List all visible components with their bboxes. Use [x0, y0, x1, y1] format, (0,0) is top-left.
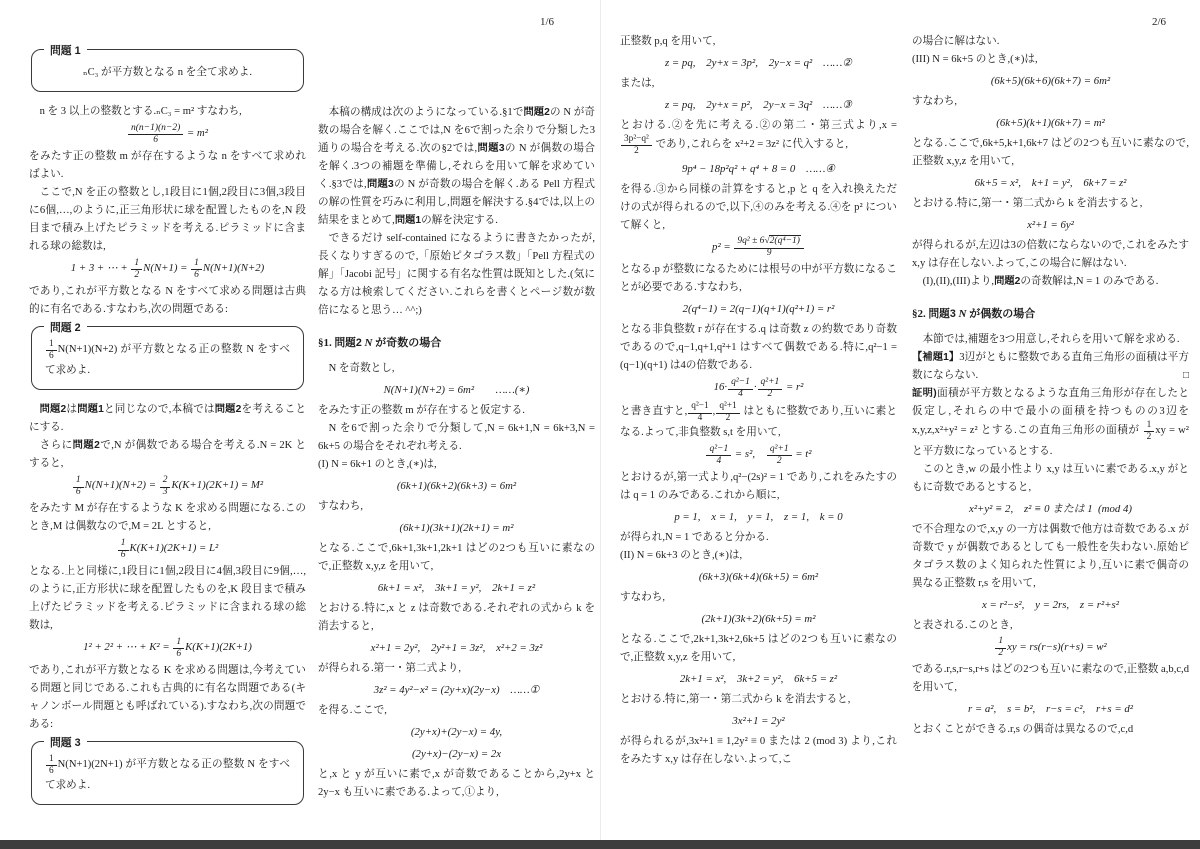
display-math: 1 + 3 + ⋯ + 12N(N+1) = 16N(N+1)(N+2)	[29, 258, 306, 281]
problem-box-body: ₙC₃ が平方数となる n を全て求めよ.	[45, 63, 290, 82]
paragraph: であり,これが平方数となる N をすべて求める問題は古典的に有名である.すなわち…	[29, 283, 306, 319]
display-math: 6k+5 = x², k+1 = y², 6k+7 = z²	[912, 173, 1189, 193]
paragraph: と,x と y が互いに素で,x が奇数であることから,2y+x と 2y−x …	[318, 766, 595, 802]
section-heading: §1. 問題2 N が奇数の場合	[318, 334, 595, 352]
paragraph: 証明)面積が平方数となるような直角三角形が存在したと仮定し,それらの中で最小の面…	[912, 385, 1189, 461]
problem-box: 問題 1ₙC₃ が平方数となる n を全て求めよ.	[31, 49, 304, 92]
display-math: (2y+x)+(2y−x) = 4y,	[318, 722, 595, 742]
display-math: (6k+1)(6k+2)(6k+3) = 6m²	[318, 476, 595, 496]
display-math: (6k+1)(3k+1)(2k+1) = m²	[318, 518, 595, 538]
paragraph: となる.ここで,6k+5,k+1,6k+7 はどの2つも互いに素なので,正整数 …	[912, 135, 1189, 171]
paragraph: とおくことができる.r,s の偶奇は異なるので,c,d	[912, 721, 1189, 739]
paragraph: すなわち,	[620, 589, 897, 607]
problem-box-body: 16N(N+1)(2N+1) が平方数となる正の整数 N をすべて求めよ.	[45, 755, 290, 796]
qed-box: □	[1183, 367, 1189, 385]
display-math: 3x²+1 = 2y²	[620, 711, 897, 731]
problem-box-body: 16N(N+1)(N+2) が平方数となる正の整数 N をすべて求めよ.	[45, 340, 290, 381]
paragraph: となる非負整数 r が存在する.q は奇数 z の約数であり奇数であるので,q−…	[620, 321, 897, 375]
display-math: 2k+1 = x², 3k+2 = y², 6k+5 = z²	[620, 669, 897, 689]
problem-box-title: 問題 3	[44, 734, 87, 752]
paragraph: が得られるが,左辺は3の倍数にならないので,これをみたす x,y は存在しない.…	[912, 237, 1189, 273]
paragraph: で不合理なので,x,y の一方は偶数で他方は奇数である.x が奇数で y が偶数…	[912, 521, 1189, 593]
page1-column-1: 問題 1ₙC₃ が平方数となる n を全て求めよ.n を 3 以上の整数とする.…	[29, 0, 306, 816]
paragraph: が得られる.第一・第二式より,	[318, 660, 595, 678]
paragraph: とおけるが,第一式より,q²−(2s)² = 1 であり,これをみたすのは q …	[620, 469, 897, 505]
display-math: r = a², s = b², r−s = c², r+s = d²	[912, 699, 1189, 719]
display-math: p² = 9q² ± 6√2(q⁴−1)9	[620, 237, 897, 260]
paragraph: を得る.ここで,	[318, 702, 595, 720]
display-math: 6k+1 = x², 3k+1 = y², 2k+1 = z²	[318, 578, 595, 598]
paragraph: となる.ここで,2k+1,3k+2,6k+5 はどの2つも互いに素なので,正整数…	[620, 631, 897, 667]
paragraph: と表される.このとき,	[912, 617, 1189, 635]
paragraph: このとき,w の最小性より x,y は互いに素である.x,y がともに奇数である…	[912, 461, 1189, 497]
paragraph: 本節では,補題を3つ用意し,それらを用いて解を求める.	[912, 331, 1189, 349]
display-math: 16·q²−14·q²+12 = r²	[620, 377, 897, 400]
display-math: 2(q⁴−1) = 2(q−1)(q+1)(q²+1) = r²	[620, 299, 897, 319]
page2-columns: 正整数 p,q を用いて,z = pq, 2y+x = 3p², 2y−x = …	[620, 0, 1189, 769]
bottom-bar	[0, 840, 1200, 849]
display-math: (2y+x)−(2y−x) = 2x	[318, 744, 595, 764]
section-heading: §2. 問題3 N が偶数の場合	[912, 305, 1189, 323]
paragraph: n を 3 以上の整数とする.ₙC₃ = m² すなわち,	[29, 103, 306, 121]
paragraph: であり,これが平方数となる K を求める問題は,今考えている問題と同じである.こ…	[29, 662, 306, 734]
display-math: z = pq, 2y+x = 3p², 2y−x = q² ……②	[620, 53, 897, 73]
problem-box: 問題 316N(N+1)(2N+1) が平方数となる正の整数 N をすべて求めよ…	[31, 741, 304, 806]
display-math: x = r²−s², y = 2rs, z = r²+s²	[912, 595, 1189, 615]
paragraph: をみたす M が存在するような K を求める問題になる.このとき,M は偶数なの…	[29, 500, 306, 536]
display-math: 9p⁴ − 18p²q² + q⁴ + 8 = 0 ……④	[620, 159, 897, 179]
paragraph: または,	[620, 75, 897, 93]
paragraph: をみたす正の整数 m が存在すると仮定する.	[318, 402, 595, 420]
display-math: 12xy = rs(r−s)(r+s) = w²	[912, 637, 1189, 660]
display-math: p = 1, x = 1, y = 1, z = 1, k = 0	[620, 507, 897, 527]
display-math: (2k+1)(3k+2)(6k+5) = m²	[620, 609, 897, 629]
paragraph: をみたす正の整数 m が存在するような n をすべて求めればよい.	[29, 148, 306, 184]
document-spread: 1/6 問題 1ₙC₃ が平方数となる n を全て求めよ.n を 3 以上の整数…	[0, 0, 1200, 840]
paragraph: (I),(II),(III)より,問題2の奇数解は,N = 1 のみである.	[912, 273, 1189, 291]
paragraph: N を奇数とし,	[318, 360, 595, 378]
display-math: 16N(N+1)(N+2) = 23K(K+1)(2K+1) = M²	[29, 475, 306, 498]
display-math: 1² + 2² + ⋯ + K² = 16K(K+1)(2K+1)	[29, 637, 306, 660]
display-math: 16K(K+1)(2K+1) = L²	[29, 538, 306, 561]
paragraph: すなわち,	[912, 93, 1189, 111]
paragraph: となる.ここで,6k+1,3k+1,2k+1 はどの2つも互いに素なので,正整数…	[318, 540, 595, 576]
paragraph: の場合に解はない.	[912, 33, 1189, 51]
display-math: n(n−1)(n−2)6 = m²	[29, 123, 306, 146]
display-math: N(N+1)(N+2) = 6m² ……(∗)	[318, 380, 595, 400]
display-math: 3z² = 4y²−x² = (2y+x)(2y−x) ……①	[318, 680, 595, 700]
paragraph: すなわち,	[318, 498, 595, 516]
paragraph: が得られ,N = 1 であると分かる.	[620, 529, 897, 547]
paragraph: さらに問題2で,N が偶数である場合を考える.N = 2K とすると,	[29, 437, 306, 473]
display-math: (6k+5)(k+1)(6k+7) = m²	[912, 113, 1189, 133]
page1-column-2: 本稿の構成は次のようになっている.§1で問題2の N が奇数の場合を解く.ここで…	[318, 0, 595, 816]
paragraph: できるだけ self-contained になるように書きたかったが,長くなりす…	[318, 230, 595, 320]
paragraph: を得る.③から同様の計算をすると,p と q を入れ換えただけの式が得られるので…	[620, 181, 897, 235]
paragraph: 【補題1】3辺がともに整数である直角三角形の面積は平方数にならない.□	[912, 349, 1189, 385]
paragraph: (III) N = 6k+5 のとき,(∗)は,	[912, 51, 1189, 69]
paragraph: (II) N = 6k+3 のとき,(∗)は,	[620, 547, 897, 565]
paragraph: と書き直すと,q²−14,q²+12 はともに整数であり,互いに素となる.よって…	[620, 402, 897, 442]
display-math: x²+y² ≡ 2, z² ≡ 0 または 1 (mod 4)	[912, 499, 1189, 519]
display-math: z = pq, 2y+x = p², 2y−x = 3q² ……③	[620, 95, 897, 115]
page2-column-2: の場合に解はない.(III) N = 6k+5 のとき,(∗)は,(6k+5)(…	[912, 0, 1189, 769]
display-math: (6k+3)(6k+4)(6k+5) = 6m²	[620, 567, 897, 587]
paragraph: (I) N = 6k+1 のとき,(∗)は,	[318, 456, 595, 474]
problem-box-title: 問題 2	[44, 319, 87, 337]
display-math: x²+1 = 6y²	[912, 215, 1189, 235]
paragraph: である.r,s,r−s,r+s はどの2つも互いに素なので,正整数 a,b,c,…	[912, 661, 1189, 697]
paragraph: となる.p が整数になるためには根号の中が平方数になることが必要である.すなわち…	[620, 261, 897, 297]
display-math: x²+1 = 2y², 2y²+1 = 3z², x²+2 = 3z²	[318, 638, 595, 658]
paragraph: となる.上と同様に,1段目に1個,2段目に4個,3段目に9個,…,のように,正方…	[29, 563, 306, 635]
page-2: 2/6 正整数 p,q を用いて,z = pq, 2y+x = 3p², 2y−…	[600, 0, 1200, 840]
paragraph: 正整数 p,q を用いて,	[620, 33, 897, 51]
problem-box-title: 問題 1	[44, 42, 87, 60]
display-math: q²−14 = s², q²+12 = t²	[620, 444, 897, 467]
paragraph: が得られるが,3x²+1 ≡ 1,2y² ≡ 0 または 2 (mod 3) よ…	[620, 733, 897, 769]
display-math: (6k+5)(6k+6)(6k+7) = 6m²	[912, 71, 1189, 91]
page2-column-1: 正整数 p,q を用いて,z = pq, 2y+x = 3p², 2y−x = …	[620, 0, 897, 769]
problem-box: 問題 216N(N+1)(N+2) が平方数となる正の整数 N をすべて求めよ.	[31, 326, 304, 391]
paragraph: 問題2は問題1と同じなので,本稿では問題2を考えることにする.	[29, 401, 306, 437]
paragraph: とおける.特に,第一・第二式から k を消去すると,	[912, 195, 1189, 213]
paragraph: とおける.②を先に考える.②の第二・第三式より,x = 3p²−q²2 であり,…	[620, 117, 897, 157]
paragraph: ここで,N を正の整数とし,1段目に1個,2段目に3個,3段目に6個,…,のよう…	[29, 184, 306, 256]
page-1: 1/6 問題 1ₙC₃ が平方数となる n を全て求めよ.n を 3 以上の整数…	[0, 0, 600, 840]
paragraph: とおける.特に,x と z は奇数である.それぞれの式から k を消去すると,	[318, 600, 595, 636]
paragraph: N を6で割った余りで分類して,N = 6k+1,N = 6k+3,N = 6k…	[318, 420, 595, 456]
paragraph: とおける.特に,第一・第二式から k を消去すると,	[620, 691, 897, 709]
paragraph: 本稿の構成は次のようになっている.§1で問題2の N が奇数の場合を解く.ここで…	[318, 104, 595, 230]
page1-columns: 問題 1ₙC₃ が平方数となる n を全て求めよ.n を 3 以上の整数とする.…	[29, 0, 595, 816]
